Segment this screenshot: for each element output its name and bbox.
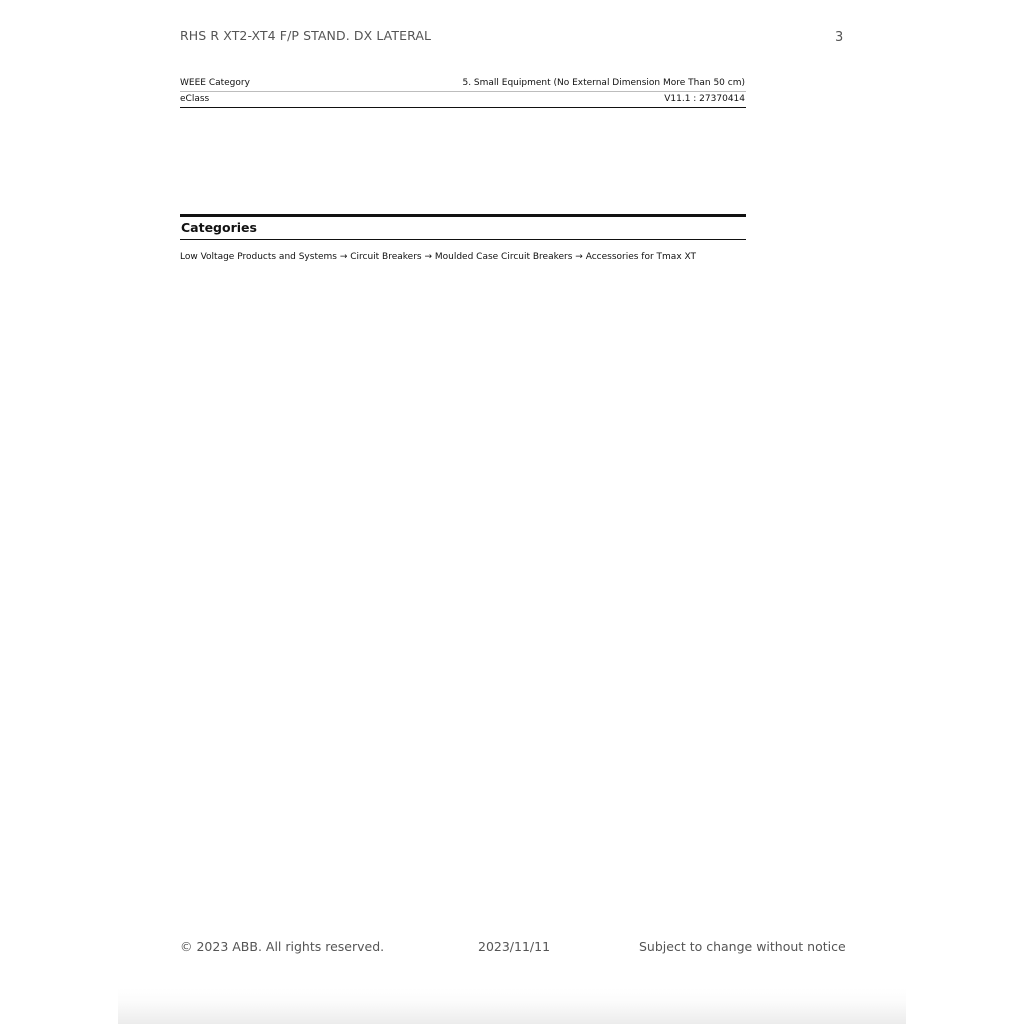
document-title: RHS R XT2-XT4 F/P STAND. DX LATERAL — [180, 28, 431, 43]
spec-label: WEEE Category — [180, 76, 250, 91]
page-bottom-shadow — [118, 988, 906, 1024]
footer-copyright: © 2023 ABB. All rights reserved. — [180, 939, 384, 954]
category-breadcrumb: Low Voltage Products and Systems → Circu… — [180, 252, 746, 262]
categories-heading: Categories — [180, 214, 746, 240]
categories-section: Categories Low Voltage Products and Syst… — [180, 214, 746, 262]
spec-label: eClass — [180, 92, 209, 107]
spec-row-eclass: eClass V11.1 : 27370414 — [180, 92, 746, 108]
spec-value: 5. Small Equipment (No External Dimensio… — [462, 76, 745, 91]
page-number: 3 — [835, 30, 843, 45]
spec-value: V11.1 : 27370414 — [664, 92, 745, 107]
spec-row-weee-category: WEEE Category 5. Small Equipment (No Ext… — [180, 76, 746, 92]
footer-date: 2023/11/11 — [478, 939, 550, 954]
specifications-table: WEEE Category 5. Small Equipment (No Ext… — [180, 76, 746, 108]
footer-notice: Subject to change without notice — [639, 939, 846, 954]
